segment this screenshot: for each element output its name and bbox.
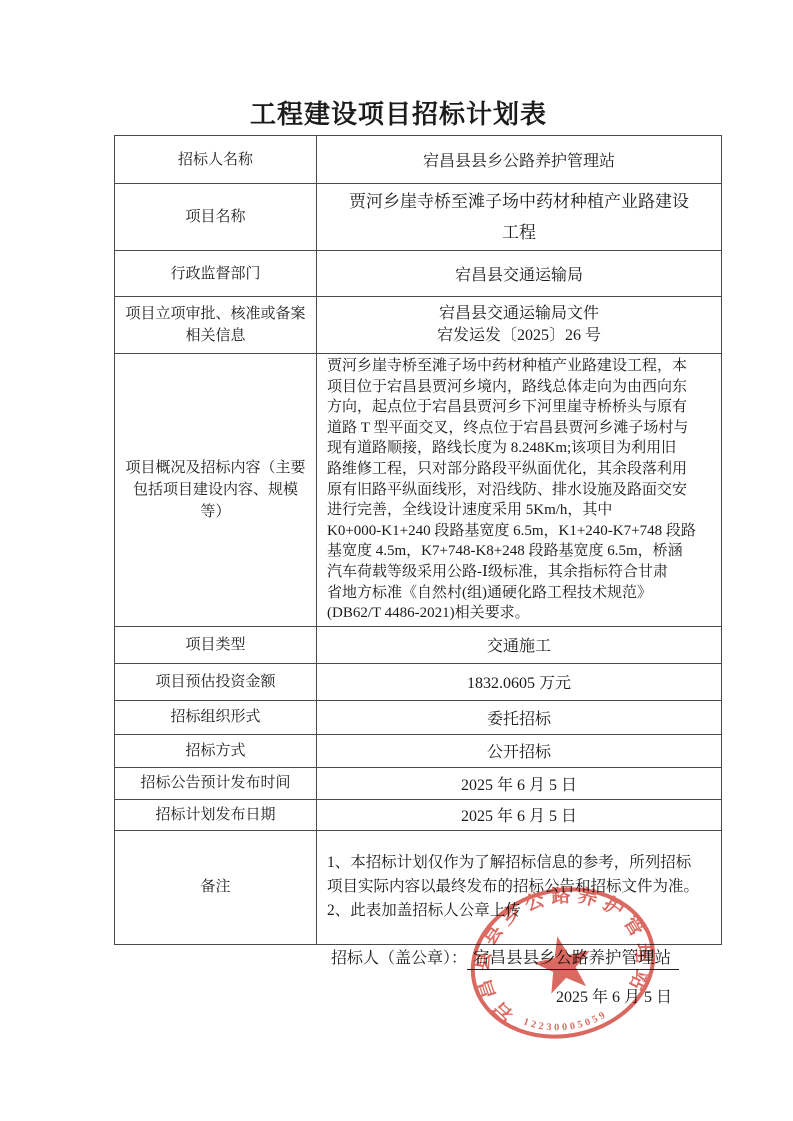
row-label: 项目立项审批、核准或备案相关信息 xyxy=(115,297,317,354)
value-line: 进行完善，全线设计速度采用 5Km/h，其中 xyxy=(327,500,711,521)
document-date: 2025 年 6 月 5 日 xyxy=(556,984,672,1007)
value-line: 汽车荷载等级采用公路-Ⅰ级标准，其余指标符合甘肃 xyxy=(327,562,711,583)
row-value: 1832.0605 万元 xyxy=(317,663,722,700)
value-line: 基宽度 4.5m，K7+748-K8+248 段路基宽度 6.5m，桥涵 xyxy=(327,541,711,562)
value-line: 贾河乡崖寺桥至滩子场中药材种植产业路建设 xyxy=(327,186,711,217)
row-label: 招标组织形式 xyxy=(115,700,317,734)
value-line: 道路 T 型平面交叉，终点位于宕昌县贾河乡滩子场村与 xyxy=(327,418,711,439)
table-row: 项目概况及招标内容（主要包括项目建设内容、规模等） 贾河乡崖寺桥至滩子场中药材种… xyxy=(115,354,722,627)
signer-name: 宕昌县县乡公路养护管理站 xyxy=(467,948,679,970)
value-line: 宕昌县交通运输局文件 xyxy=(327,303,711,325)
signer-label: 招标人（盖公章）： xyxy=(331,950,467,967)
table-row: 招标组织形式 委托招标 xyxy=(115,700,722,734)
row-value: 公开招标 xyxy=(317,734,722,767)
signer-line: 招标人（盖公章）：宕昌县县乡公路养护管理站 xyxy=(331,944,679,968)
table-row: 招标计划发布日期 2025 年 6 月 5 日 xyxy=(115,799,722,830)
row-value: 1、本招标计划仅作为了解招标信息的参考，所列招标 项目实际内容以最终发布的招标公… xyxy=(317,830,722,944)
value-line: (DB62/T 4486-2021)相关要求。 xyxy=(327,603,711,624)
row-value: 2025 年 6 月 5 日 xyxy=(317,799,722,830)
table-row: 备注 1、本招标计划仅作为了解招标信息的参考，所列招标 项目实际内容以最终发布的… xyxy=(115,830,722,944)
row-label: 招标方式 xyxy=(115,734,317,767)
row-value: 贾河乡崖寺桥至滩子场中药材种植产业路建设 工程 xyxy=(317,184,722,251)
row-label: 招标人名称 xyxy=(115,136,317,184)
row-value: 宕昌县县乡公路养护管理站 xyxy=(317,136,722,184)
value-line: 项目实际内容以最终发布的招标公告和招标文件为准。 xyxy=(327,875,711,899)
row-value: 宕昌县交通运输局 xyxy=(317,251,722,297)
row-value: 贾河乡崖寺桥至滩子场中药材种植产业路建设工程，本 项目位于宕昌县贾河乡境内，路线… xyxy=(317,354,722,627)
page-title: 工程建设项目招标计划表 xyxy=(114,94,683,131)
row-label: 行政监督部门 xyxy=(115,251,317,297)
table-row: 项目名称 贾河乡崖寺桥至滩子场中药材种植产业路建设 工程 xyxy=(115,184,722,251)
table-row: 招标人名称 宕昌县县乡公路养护管理站 xyxy=(115,136,722,184)
table-row: 项目类型 交通施工 xyxy=(115,626,722,663)
value-line: 贾河乡崖寺桥至滩子场中药材种植产业路建设工程，本 xyxy=(327,356,711,377)
row-label: 备注 xyxy=(115,830,317,944)
table-row: 招标方式 公开招标 xyxy=(115,734,722,767)
value-line: 路维修工程，只对部分路段平纵面优化，其余段落利用 xyxy=(327,459,711,480)
table-row: 招标公告预计发布时间 2025 年 6 月 5 日 xyxy=(115,767,722,799)
row-label: 项目预估投资金额 xyxy=(115,663,317,700)
row-label: 项目名称 xyxy=(115,184,317,251)
row-label: 项目类型 xyxy=(115,626,317,663)
row-label: 招标计划发布日期 xyxy=(115,799,317,830)
value-line: 现有道路顺接，路线长度为 8.248Km;该项目为利用旧 xyxy=(327,438,711,459)
value-line: 原有旧路平纵面线形，对沿线防、排水设施及路面交安 xyxy=(327,480,711,501)
value-line: 2、此表加盖招标人公章上传 xyxy=(327,899,711,923)
bidding-plan-table: 招标人名称 宕昌县县乡公路养护管理站 项目名称 贾河乡崖寺桥至滩子场中药材种植产… xyxy=(114,135,722,945)
value-line: 1、本招标计划仅作为了解招标信息的参考，所列招标 xyxy=(327,851,711,875)
row-value: 委托招标 xyxy=(317,700,722,734)
value-line: 宕发运发〔2025〕26 号 xyxy=(327,325,711,347)
table-row: 项目立项审批、核准或备案相关信息 宕昌县交通运输局文件 宕发运发〔2025〕26… xyxy=(115,297,722,354)
value-line: 项目位于宕昌县贾河乡境内，路线总体走向为由西向东 xyxy=(327,377,711,398)
row-label: 招标公告预计发布时间 xyxy=(115,767,317,799)
table-row: 行政监督部门 宕昌县交通运输局 xyxy=(115,251,722,297)
row-value: 2025 年 6 月 5 日 xyxy=(317,767,722,799)
row-label: 项目概况及招标内容（主要包括项目建设内容、规模等） xyxy=(115,354,317,627)
row-value: 宕昌县交通运输局文件 宕发运发〔2025〕26 号 xyxy=(317,297,722,354)
value-line: K0+000-K1+240 段路基宽度 6.5m，K1+240-K7+748 段… xyxy=(327,521,711,542)
scanned-document-page: 工程建设项目招标计划表 招标人名称 宕昌县县乡公路养护管理站 项目名称 贾河乡崖… xyxy=(0,0,793,1121)
value-line: 方向，起点位于宕昌县贾河乡下河里崖寺桥桥头与原有 xyxy=(327,397,711,418)
row-value: 交通施工 xyxy=(317,626,722,663)
value-line: 省地方标准《自然村(组)通硬化路工程技术规范》 xyxy=(327,583,711,604)
value-line: 工程 xyxy=(327,217,711,248)
table-row: 项目预估投资金额 1832.0605 万元 xyxy=(115,663,722,700)
